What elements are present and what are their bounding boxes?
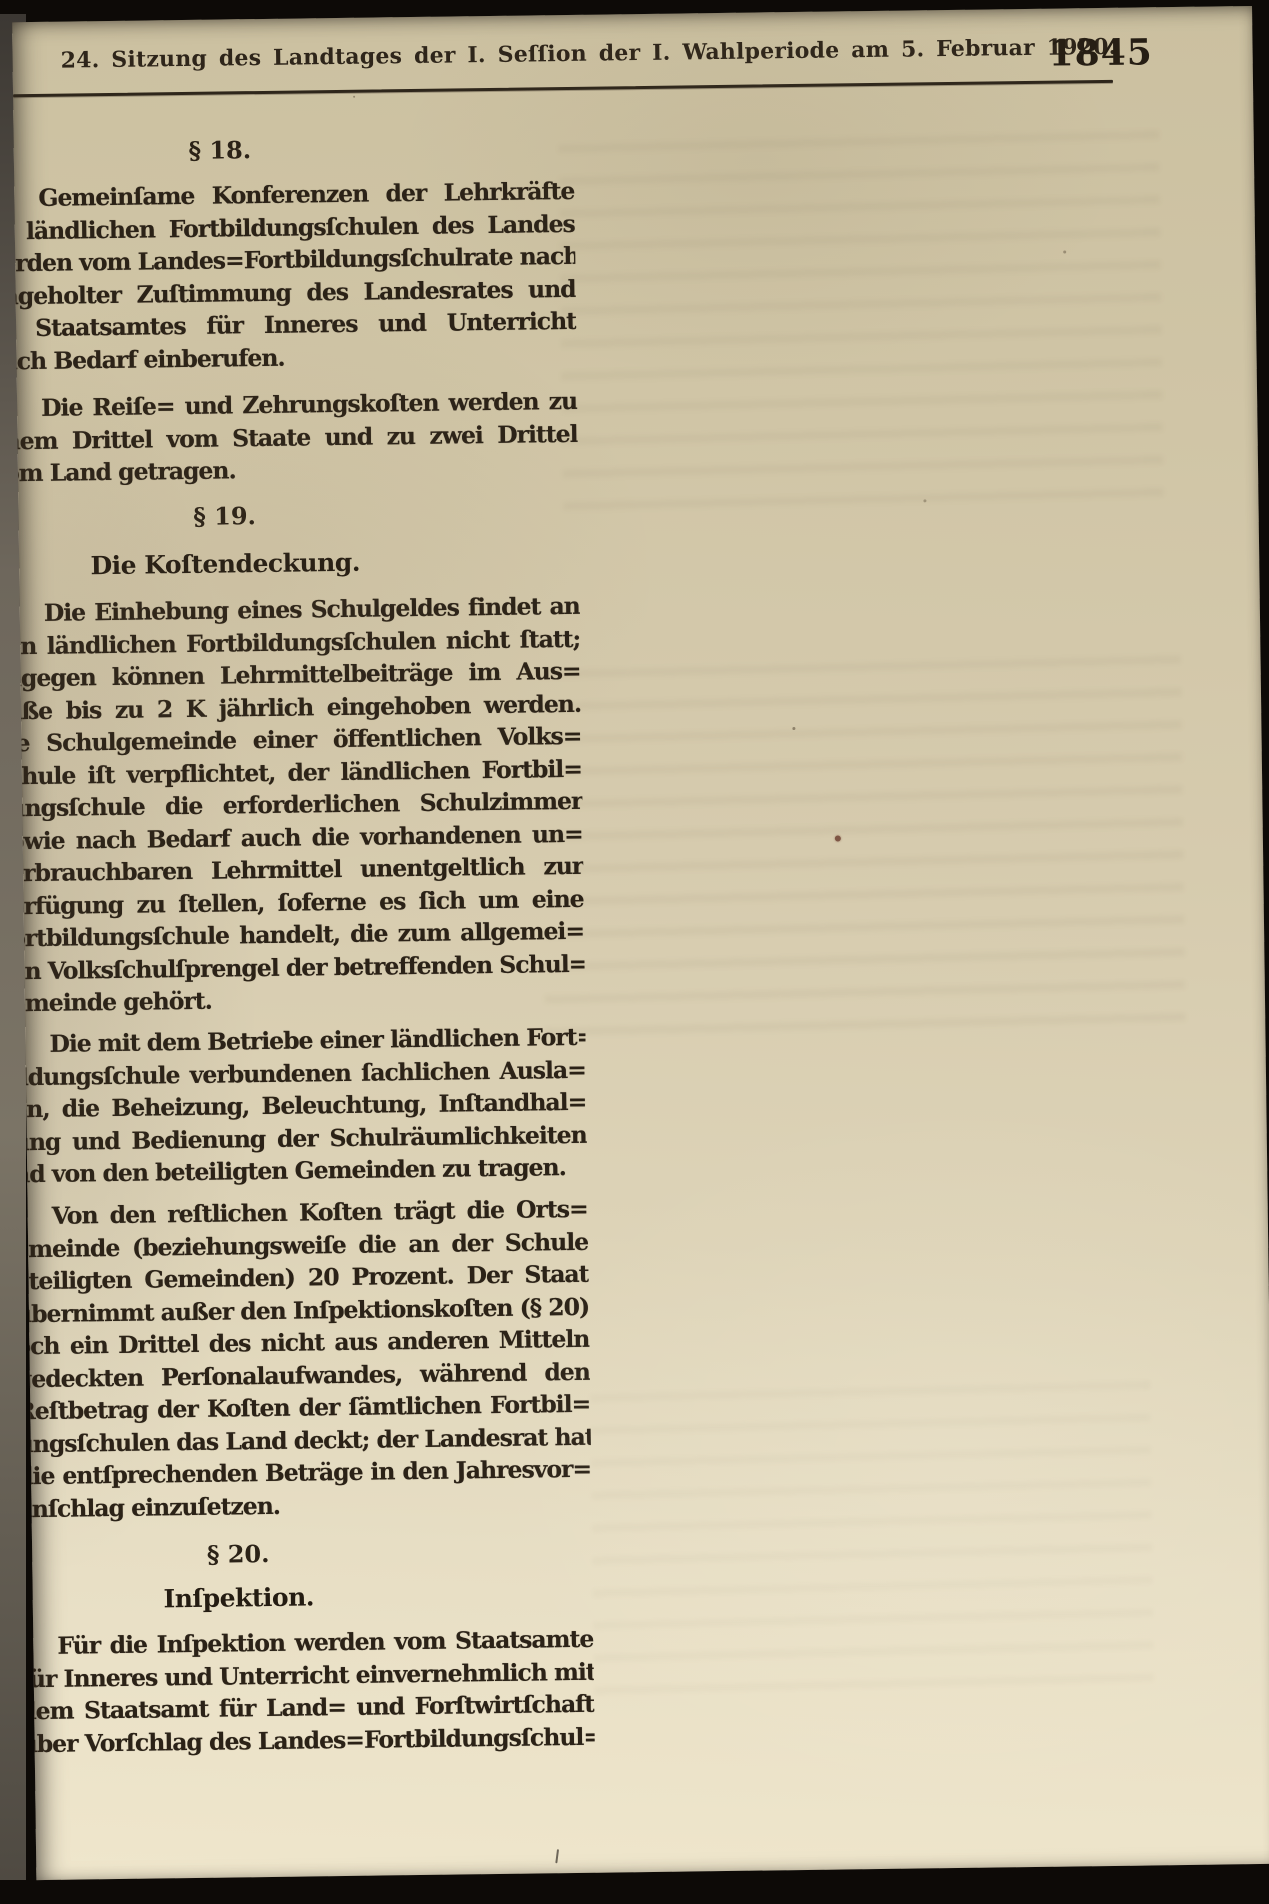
text-line: nd von den beteiligten Gemeinden zu trag… xyxy=(13,1151,587,1191)
ink-speck xyxy=(923,499,926,502)
header-rule xyxy=(13,80,1113,97)
show-through-stain xyxy=(540,637,1185,1045)
ink-speck xyxy=(353,96,355,98)
paragraph-travel-costs: Die Reiſe= und Zehrungskoſten werden zun… xyxy=(12,385,578,490)
subheading-inspektion: Inſpektion. xyxy=(19,1581,459,1616)
paragraph-remaining-costs: Von den reſtlichen Koſten trägt die Orts… xyxy=(14,1193,592,1525)
text-line: anſchlag einzuſetzen. xyxy=(17,1485,591,1525)
paragraph-school-fees: Die Einhebung eines Schulgeldes findet a… xyxy=(12,590,585,1020)
text-line: über Vorſchlag des Landes=Fortbildungsſc… xyxy=(20,1720,594,1760)
page-number: 1845 xyxy=(1048,31,1153,74)
ink-speck xyxy=(1063,250,1066,253)
text-line: om Land getragen. xyxy=(12,450,578,490)
paragraph-inspection: Für die Inſpektion werden vom Staatsamte… xyxy=(19,1623,595,1761)
running-header: 24. Sitzung des Landtages der I. Seſſion… xyxy=(60,35,1020,74)
subheading-kostendeckung: Die Koſtendeckung. xyxy=(12,547,445,582)
section-heading-19: § 19. xyxy=(12,499,445,534)
section-heading-20: § 20. xyxy=(18,1537,458,1572)
fiber-hair xyxy=(555,1849,559,1863)
text-line: emeinde gehört. xyxy=(12,980,585,1020)
paper: 24. Sitzung des Landtages der I. Seſſion… xyxy=(12,6,1269,1880)
paragraph-operating-costs: Die mit dem Betriebe einer ländlichen Fo… xyxy=(12,1021,587,1191)
text-line: ach Bedarf einberufen. xyxy=(12,337,577,377)
show-through-stain xyxy=(559,122,1164,520)
page-scan: 24. Sitzung des Landtages der I. Seſſion… xyxy=(0,0,1269,1904)
ink-speck xyxy=(792,727,795,730)
paragraph-conferences: Gemeinſame Konferenzen der Lehrkräfter l… xyxy=(12,175,577,377)
section-heading-18: § 18. xyxy=(12,133,440,168)
red-stain-dot xyxy=(835,835,841,841)
show-through-stain xyxy=(590,1367,1154,1704)
